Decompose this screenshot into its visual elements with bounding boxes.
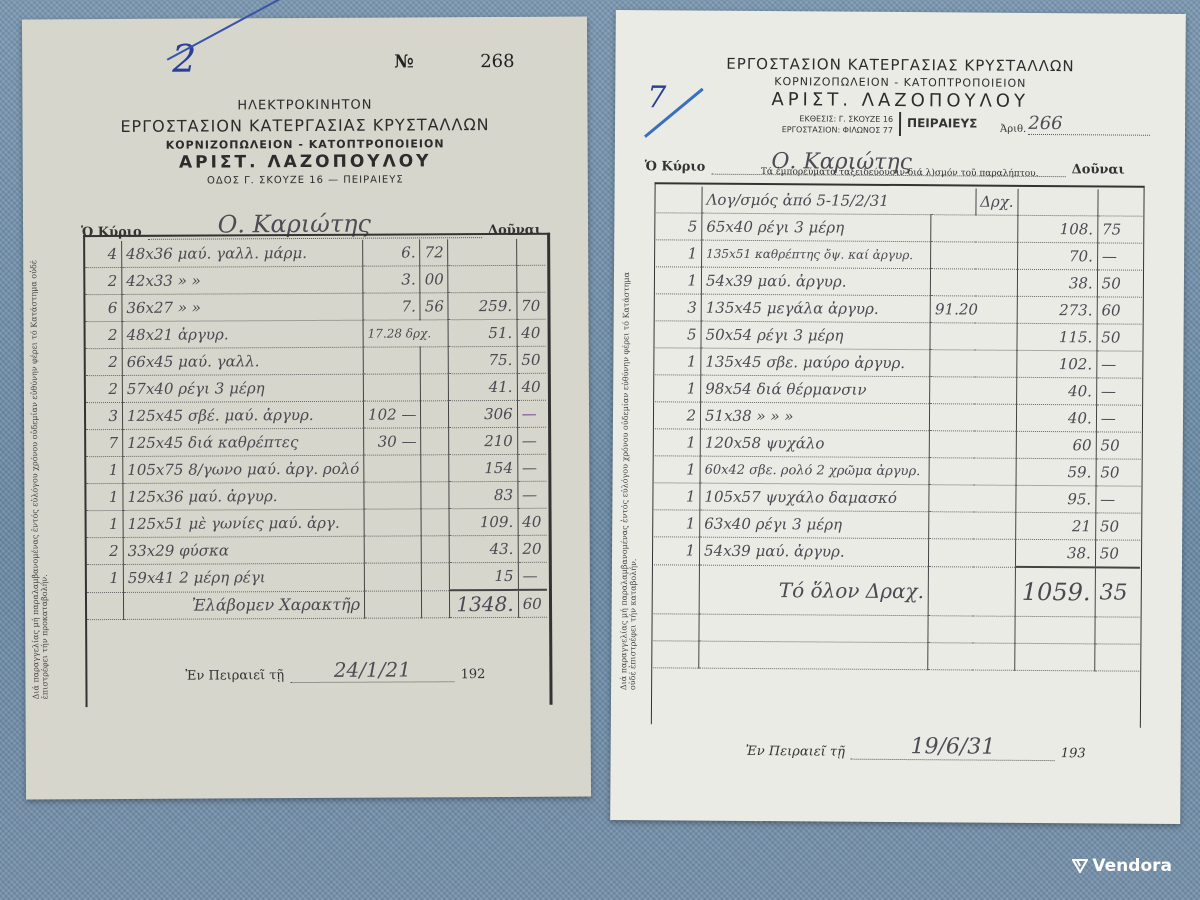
table-row: 1105x75 8/γωνο μαύ. ἀργ. ρολό154— bbox=[86, 454, 546, 483]
table-row: 3135x45 μεγάλα ἀργυρ.91.20273.60 bbox=[656, 294, 1142, 324]
number-label: № bbox=[394, 51, 414, 72]
vendora-watermark: Vendora bbox=[1072, 856, 1172, 876]
ledger-table: 448x36 μαύ. γαλλ. μάρμ.6.72 242x33 » »3.… bbox=[85, 239, 547, 620]
table-row: 448x36 μαύ. γαλλ. μάρμ.6.72 bbox=[85, 239, 545, 268]
table-row: 242x33 » »3.00 bbox=[85, 265, 545, 294]
vendora-logo-icon bbox=[1072, 859, 1088, 873]
place-label: Ἐν Πειραιεῖ τῇ bbox=[185, 668, 284, 684]
date-line: Ἐν Πειραιεῖ τῇ 19/6/31 193 bbox=[746, 733, 1086, 761]
invoice-date: 24/1/21 bbox=[290, 657, 455, 683]
number-label: Ἀριθ. bbox=[1000, 124, 1026, 135]
invoice-date: 19/6/31 bbox=[851, 734, 1055, 761]
table-row: 1105x57 ψυχάλο δαμασκό95.— bbox=[654, 483, 1140, 513]
table-row: 7125x45 διά καθρέπτες30 —210— bbox=[86, 427, 546, 456]
number-field: Ἀριθ. 266 bbox=[1000, 113, 1150, 136]
header-line1: ΕΡΓΟΣΤΑΣΙΟΝ ΚΑΤΕΡΓΑΣΙΑΣ ΚΡΥΣΤΑΛΛΩΝ bbox=[615, 54, 1185, 76]
invoice-number: 268 bbox=[480, 51, 514, 72]
table-row: 1125x51 μὲ γωνίες μαύ. ἀργ.109.40 bbox=[87, 508, 547, 537]
table-row: 159x41 2 μέρη ρέγι15— bbox=[87, 562, 547, 592]
year-prefix: 193 bbox=[1061, 746, 1086, 761]
table-row: 257x40 ρέγι 3 μέρη41.40 bbox=[86, 373, 546, 402]
factory-address: ΕΡΓΟΣΤΑΣΙΟΝ: ΦΙΛΩΝΟΣ 77 bbox=[743, 124, 893, 136]
total-row: Τό ὅλον Δραχ.1059.35 bbox=[654, 564, 1140, 617]
header-line1: ΗΛΕΚΤΡΟΚΙΝΗΤΟΝ bbox=[22, 97, 587, 115]
table-row: 3125x45 σβέ. μαύ. ἀργυρ.102 —306— bbox=[86, 400, 546, 429]
city: ΠΕΙΡΑΙΕΥΣ bbox=[907, 116, 977, 130]
table-row: 233x29 φύσκα43.20 bbox=[87, 535, 547, 564]
side-note: Διά παραγγελίας μή παραλαμβανομένας ἐντό… bbox=[619, 260, 640, 690]
address: ΟΔΟΣ Γ. ΣΚΟΥΖΕ 16 — ΠΕΙΡΑΙΕΥΣ bbox=[23, 174, 588, 188]
table-row: 160x42 σβε. ρολό 2 χρῶμα ἀργυρ.59.50 bbox=[655, 456, 1141, 486]
invoice-268: Διά παραγγελίας μή παραλαμβανομένας ἐντό… bbox=[22, 17, 591, 800]
invoice-number: 266 bbox=[1028, 113, 1150, 136]
header-line2: ΕΡΓΟΣΤΑΣΙΟΝ ΚΑΤΕΡΓΑΣΙΑΣ ΚΡΥΣΤΑΛΛΩΝ bbox=[22, 115, 587, 137]
year-prefix: 192 bbox=[461, 667, 486, 682]
owner-name: ΑΡΙΣΤ. ΛΑΖΟΠΟΥΛΟΥ bbox=[615, 88, 1185, 113]
table-row: 1125x36 μαύ. ἀργυρ.83— bbox=[86, 481, 546, 510]
brand-name: Vendora bbox=[1092, 856, 1172, 876]
side-note: Διά παραγγελίας μή παραλαμβανομένας ἐντό… bbox=[29, 249, 49, 699]
table-row: 1135x45 σβε. μαύρο ἀργυρ.102.— bbox=[655, 348, 1141, 378]
table-row: 198x54 διά θέρμανσιν40.— bbox=[655, 375, 1141, 405]
table-row: 251x38 » » »40.— bbox=[655, 402, 1141, 432]
table-row bbox=[653, 614, 1139, 644]
owner-name: ΑΡΙΣΤ. ΛΑΖΟΠΟΥΛΟΥ bbox=[23, 151, 588, 174]
address-block: ΕΚΘΕΣΙΣ: Γ. ΣΚΟΥΖΕ 16 ΕΡΓΟΣΤΑΣΙΟΝ: ΦΙΛΩΝ… bbox=[743, 113, 893, 136]
table-row: 163x40 ρέγι 3 μέρη2150 bbox=[654, 510, 1140, 540]
table-row: 1135x51 καθρέπτης ὄψ. καί ἀργυρ.70.— bbox=[656, 240, 1142, 270]
pen-marker: 2 bbox=[172, 37, 196, 81]
table-row: 550x54 ρέγι 3 μέρη115.50 bbox=[655, 321, 1141, 351]
total-row: Ἐλάβομεν Χαρακτῆρ1348.60 bbox=[87, 590, 547, 620]
date-line: Ἐν Πειραιεῖ τῇ 24/1/21 192 bbox=[185, 657, 485, 684]
table-row: 636x27 » »7.56259.70 bbox=[85, 292, 545, 321]
invoice-266: Διά παραγγελίας μή παραλαμβανομένας ἐντό… bbox=[610, 10, 1186, 824]
table-row: 154x39 μαύ. ἀργυρ.38.50 bbox=[656, 267, 1142, 297]
table-row: 154x39 μαύ. ἀργυρ.38.50 bbox=[654, 537, 1140, 568]
table-row: 565x40 ρέγι 3 μέρη108.75 bbox=[656, 213, 1142, 243]
table-row: 1120x58 ψυχάλο6050 bbox=[655, 429, 1141, 459]
ledger-table: Λογ/σμός ἀπό 5-15/2/31Δρχ. 565x40 ρέγι 3… bbox=[653, 186, 1142, 671]
table-row: 248x21 ἀργυρ.17.28 δρχ.51.40 bbox=[86, 319, 546, 348]
divider bbox=[899, 112, 901, 136]
place-label: Ἐν Πειραιεῖ τῇ bbox=[746, 744, 845, 760]
table-row bbox=[653, 641, 1139, 671]
table-row: Λογ/σμός ἀπό 5-15/2/31Δρχ. bbox=[656, 186, 1142, 216]
table-row: 266x45 μαύ. γαλλ.75.50 bbox=[86, 346, 546, 375]
